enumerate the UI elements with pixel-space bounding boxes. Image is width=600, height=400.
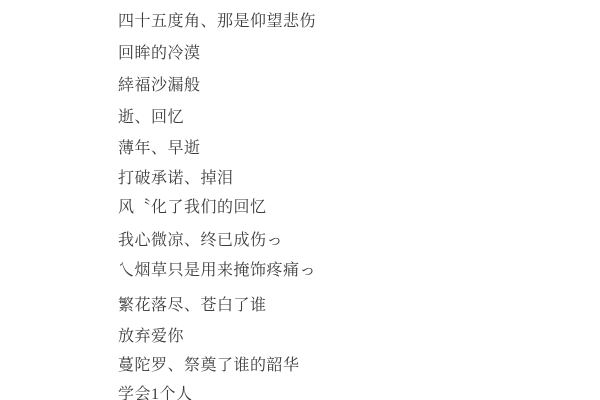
nickname-line: 乀烟草只是用来掩饰疼痛っ [118, 263, 316, 279]
nickname-line: 放弃爱你 [118, 329, 184, 345]
nickname-line: 风〝化了我们的回忆 [118, 200, 267, 216]
nickname-line: 繁花落尽、苍白了谁 [118, 298, 267, 314]
nickname-line: 緈福沙漏般 [118, 78, 201, 94]
nickname-line: 逝、回忆 [118, 110, 184, 126]
nickname-line: 我心微凉、终已成伤っ [118, 233, 283, 249]
nickname-line: 回眸的冷漠 [118, 46, 201, 62]
nickname-list-page: 四十五度角、那是仰望悲伤 回眸的冷漠 緈福沙漏般 逝、回忆 薄年、早逝 打破承诺… [0, 0, 600, 400]
nickname-line-truncated: 学会1个人 [118, 387, 193, 400]
nickname-line: 四十五度角、那是仰望悲伤 [118, 14, 316, 30]
nickname-line: 打破承诺、掉泪 [118, 171, 234, 187]
nickname-line: 蔓陀罗、祭奠了谁的韶华 [118, 358, 300, 374]
nickname-line: 薄年、早逝 [118, 141, 201, 157]
